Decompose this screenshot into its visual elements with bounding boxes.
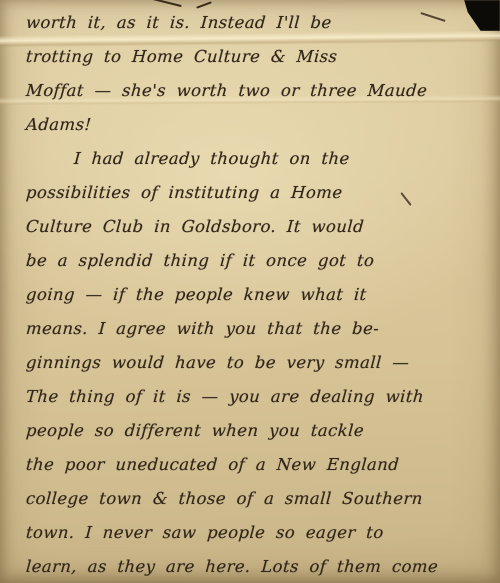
handwritten-line: means. I agree with you that the be- [25,312,493,346]
handwritten-line: going — if the people knew what it [25,278,493,312]
handwritten-line: Adams! [25,108,493,142]
handwritten-line: The thing of it is — you are dealing wit… [25,380,493,414]
handwritten-line: be a splendid thing if it once got to [25,244,493,278]
handwritten-line: possibilities of instituting a Home [25,176,493,210]
handwritten-line: the poor uneducated of a New England [25,448,493,482]
handwritten-line: town. I never saw people so eager to [25,516,493,550]
handwritten-line: college town & those of a small Southern [25,482,493,516]
handwritten-line: worth it, as it is. Instead I'll be [25,6,493,40]
handwritten-line: I had already thought on the [25,142,493,176]
handwritten-line: people so different when you tackle [25,414,493,448]
handwritten-line: Culture Club in Goldsboro. It would [25,210,493,244]
handwritten-line: ginnings would have to be very small — [25,346,493,380]
handwritten-line: Moffat — she's worth two or three Maude [25,74,493,108]
letter-body: worth it, as it is. Instead I'll be trot… [0,0,500,583]
letter-page: worth it, as it is. Instead I'll be trot… [0,0,500,583]
handwritten-line: trotting to Home Culture & Miss [25,40,493,74]
handwritten-line: learn, as they are here. Lots of them co… [25,550,493,583]
